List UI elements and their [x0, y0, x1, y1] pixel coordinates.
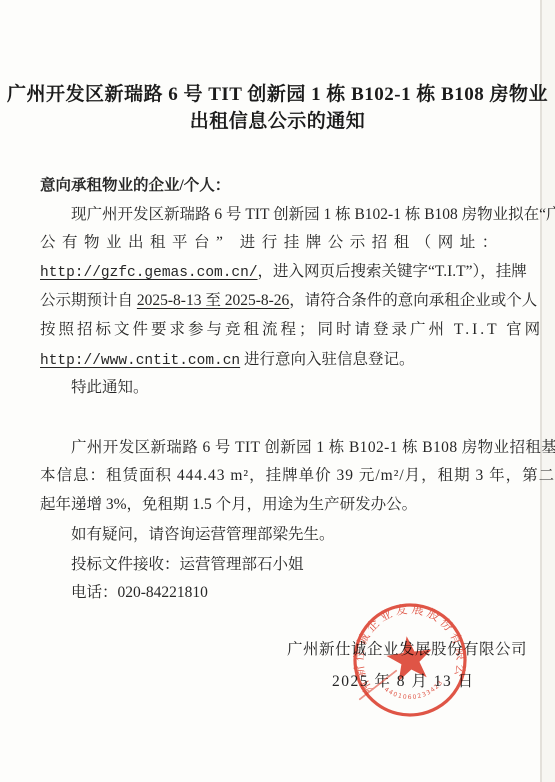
seal-number-text: 4401060233423	[382, 678, 446, 705]
para1-line2: 公有物业出租平台” 进行挂牌公示招租（网址：	[40, 233, 518, 253]
para2-line2: 本信息：租赁面积 444.43 m²，挂牌单价 39 元/m²/月，租期 3 年…	[40, 466, 518, 486]
salutation-line: 意向承租物业的企业/个人：	[40, 176, 518, 196]
para1-line4: 公示期预计自 2025-8-13 至 2025-8-26，请符合条件的意向承租企…	[40, 291, 518, 311]
notice-title-line1: 广州开发区新瑞路 6 号 TIT 创新园 1 栋 B102-1 栋 B108 房…	[0, 85, 555, 105]
para1-line5: 按照招标文件要求参与竞租流程；同时请登录广州 T.I.T 官网	[40, 320, 518, 340]
para1-line1: 现广州开发区新瑞路 6 号 TIT 创新园 1 栋 B102-1 栋 B108 …	[40, 205, 518, 225]
bid-document-receiver-line: 投标文件接收：运营管理部石小姐	[40, 555, 518, 575]
contact-question-line: 如有疑问，请咨询运营管理部梁先生。	[40, 525, 518, 545]
para1-line6: http://www.cntit.com.cn 进行意向入驻信息登记。	[40, 350, 518, 371]
para1-line3-rest: ，进入网页后搜索关键字“T.I.T”），挂牌	[258, 263, 527, 280]
para2-line3: 起年递增 3%，免租期 1.5 个月，用途为生产研发办公。	[40, 495, 518, 515]
para1-line4-pre: 公示期预计自	[40, 292, 137, 309]
tit-official-url-link: http://www.cntit.com.cn	[40, 353, 240, 369]
para1-line4-rest: ，请符合条件的意向承租企业或个人	[289, 292, 537, 309]
para1-line3: http://gzfc.gemas.com.cn/，进入网页后搜索关键字“T.I…	[40, 262, 518, 283]
para2-line1: 广州开发区新瑞路 6 号 TIT 创新园 1 栋 B102-1 栋 B108 房…	[40, 438, 518, 458]
public-period-dates: 2025-8-13 至 2025-8-26	[137, 292, 289, 309]
notice-title-line2: 出租信息公示的通知	[0, 112, 555, 132]
para1-line6-rest: 进行意向入驻信息登记。	[240, 351, 414, 368]
company-seal: 广州新仕诚企业发展股份有限公司 4401060233423	[340, 590, 480, 730]
notice-closing-line: 特此通知。	[40, 378, 518, 398]
platform-url-link: http://gzfc.gemas.com.cn/	[40, 265, 258, 281]
scanned-notice-page: 广州开发区新瑞路 6 号 TIT 创新园 1 栋 B102-1 栋 B108 房…	[0, 0, 555, 782]
